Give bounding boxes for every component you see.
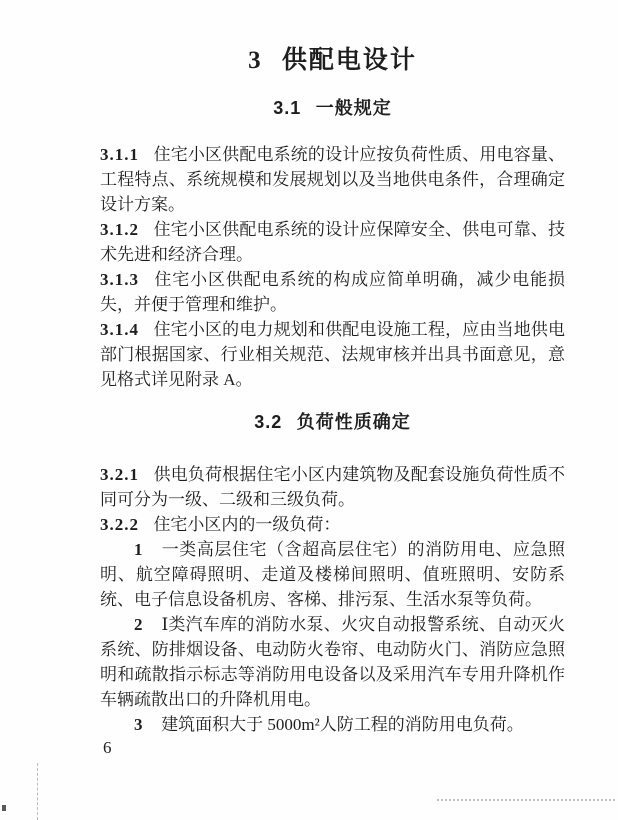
clause-number: 3.1.2 <box>100 220 139 239</box>
item-number: 1 <box>134 540 143 559</box>
page-number: 6 <box>103 738 112 758</box>
clause-text: 住宅小区的电力规划和供配电设施工程，应由当地供电部门根据国家、行业相关规范、法规… <box>100 320 565 389</box>
list-item-1: 1一类高层住宅（含超高层住宅）的消防用电、应急照明、航空障碍照明、走道及楼梯间照… <box>100 537 565 612</box>
item-text: Ⅰ类汽车库的消防水泵、火灾自动报警系统、自动灭火系统、防排烟设备、电动防火卷帘、… <box>100 615 565 709</box>
clause-text: 住宅小区供配电系统的设计应按负荷性质、用电容量、工程特点、系统规模和发展规划以及… <box>100 145 565 214</box>
chapter-title: 3供配电设计 <box>100 44 565 78</box>
clause-number: 3.2.1 <box>100 465 139 484</box>
item-text: 建筑面积大于 5000m²人防工程的消防用电负荷。 <box>161 715 524 734</box>
scan-artifact-edge-mark <box>2 805 6 811</box>
clause-3-1-4: 3.1.4住宅小区的电力规划和供配电设施工程，应由当地供电部门根据国家、行业相关… <box>100 317 565 392</box>
clause-number: 3.1.1 <box>100 145 139 164</box>
clause-number: 3.2.2 <box>100 515 139 534</box>
clause-3-2-1: 3.2.1供电负荷根据住宅小区内建筑物及配套设施负荷性质不同可分为一级、二级和三… <box>100 462 565 512</box>
clause-3-1-2: 3.1.2住宅小区供配电系统的设计应保障安全、供电可靠、技术先进和经济合理。 <box>100 217 565 267</box>
clause-3-2-2: 3.2.2住宅小区内的一级负荷： <box>100 512 565 537</box>
section-title-text: 负荷性质确定 <box>297 412 411 432</box>
section-number: 3.1 <box>273 98 301 118</box>
scan-artifact-dotted-vline <box>37 763 38 820</box>
chapter-title-text: 供配电设计 <box>282 47 417 74</box>
section-heading-3-1: 3.1一般规定 <box>100 96 565 120</box>
clause-text: 供电负荷根据住宅小区内建筑物及配套设施负荷性质不同可分为一级、二级和三级负荷。 <box>100 465 565 509</box>
section-title-text: 一般规定 <box>316 98 392 118</box>
document-page: 3供配电设计 3.1一般规定 3.1.1住宅小区供配电系统的设计应按负荷性质、用… <box>0 0 618 820</box>
section-heading-3-2: 3.2负荷性质确定 <box>100 410 565 434</box>
list-item-3: 3建筑面积大于 5000m²人防工程的消防用电负荷。 <box>100 712 565 737</box>
scan-artifact-dotted-hline <box>437 799 615 801</box>
clause-number: 3.1.4 <box>100 320 139 339</box>
item-text: 一类高层住宅（含超高层住宅）的消防用电、应急照明、航空障碍照明、走道及楼梯间照明… <box>100 540 565 609</box>
chapter-number: 3 <box>248 47 261 74</box>
clause-text: 住宅小区内的一级负荷： <box>153 515 340 534</box>
clause-text: 住宅小区供配电系统的构成应简单明确，减少电能损失，并便于管理和维护。 <box>100 270 565 314</box>
item-number: 3 <box>134 715 143 734</box>
clause-3-1-1: 3.1.1住宅小区供配电系统的设计应按负荷性质、用电容量、工程特点、系统规模和发… <box>100 142 565 217</box>
clause-3-1-3: 3.1.3住宅小区供配电系统的构成应简单明确，减少电能损失，并便于管理和维护。 <box>100 267 565 317</box>
list-item-2: 2Ⅰ类汽车库的消防水泵、火灾自动报警系统、自动灭火系统、防排烟设备、电动防火卷帘… <box>100 612 565 712</box>
section-number: 3.2 <box>254 412 282 432</box>
item-number: 2 <box>134 615 143 634</box>
clause-text: 住宅小区供配电系统的设计应保障安全、供电可靠、技术先进和经济合理。 <box>100 220 565 264</box>
clause-number: 3.1.3 <box>100 270 139 289</box>
